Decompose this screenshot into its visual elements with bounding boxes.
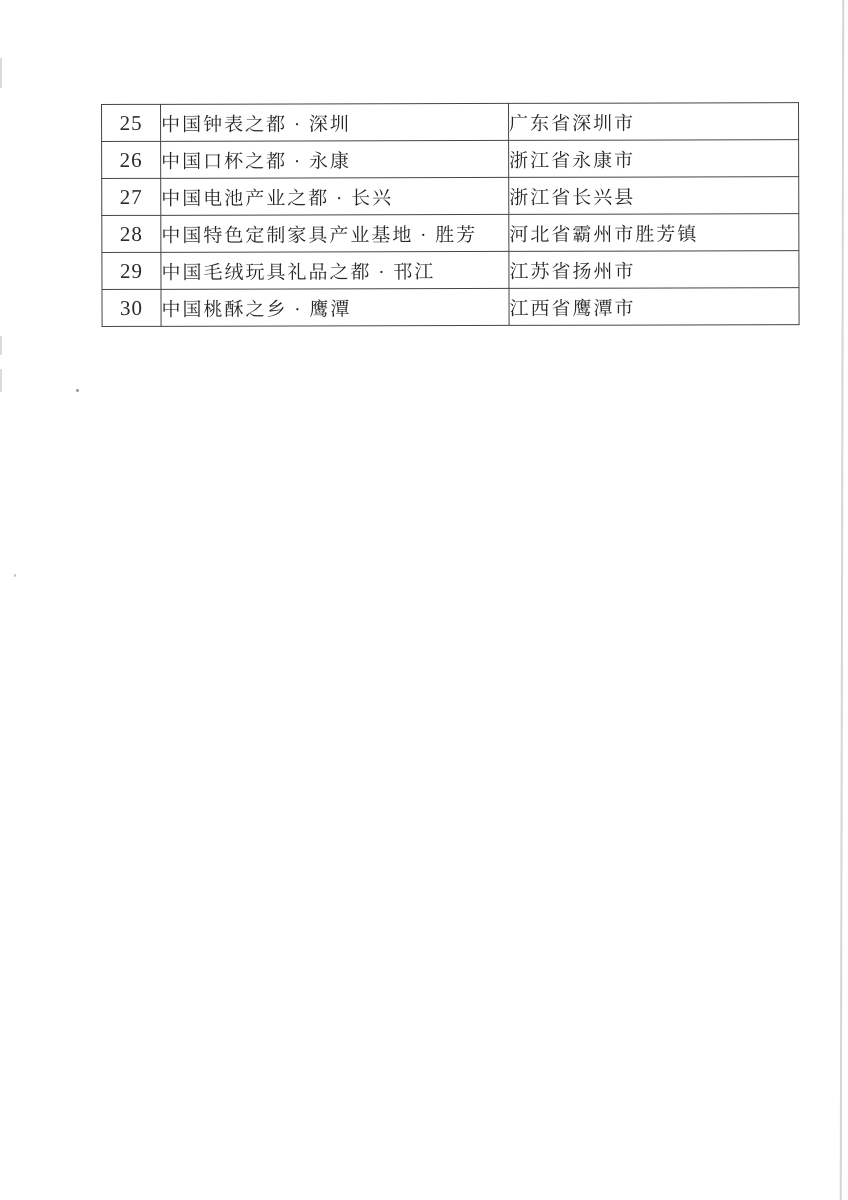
table-row: 28 中国特色定制家具产业基地 · 胜芳 河北省霸州市胜芳镇 [102,214,799,253]
scan-smudge-artifact [0,369,2,392]
scan-speck-artifact [76,389,79,392]
location-cell: 河北省霸州市胜芳镇 [509,214,799,252]
row-number-cell: 29 [102,252,161,289]
location-cell: 江西省鹰潭市 [509,288,799,326]
designation-title-cell: 中国桃酥之乡 · 鹰潭 [161,288,509,326]
location-cell: 浙江省永康市 [509,140,799,178]
designation-title-cell: 中国毛绒玩具礼品之都 · 邗江 [161,251,509,289]
row-number-cell: 27 [102,178,161,215]
table-row: 26 中国口杯之都 · 永康 浙江省永康市 [102,140,799,179]
location-cell: 广东省深圳市 [508,103,798,141]
row-number-cell: 30 [102,289,161,326]
designation-title-cell: 中国电池产业之都 · 长兴 [161,177,509,215]
row-number-cell: 28 [102,215,161,252]
table-row: 25 中国钟表之都 · 深圳 广东省深圳市 [102,103,799,142]
scan-speck-artifact [14,574,16,577]
location-cell: 浙江省长兴县 [509,177,799,215]
scanned-document-page: { "colors": { "paper": "#ffffff", "ink":… [0,0,848,1200]
city-designation-table: 25 中国钟表之都 · 深圳 广东省深圳市 26 中国口杯之都 · 永康 浙江省… [101,102,800,327]
designation-title-cell: 中国特色定制家具产业基地 · 胜芳 [161,214,509,252]
table-row: 29 中国毛绒玩具礼品之都 · 邗江 江苏省扬州市 [102,251,799,290]
table-row: 27 中国电池产业之都 · 长兴 浙江省长兴县 [102,177,799,216]
scan-smudge-artifact [0,58,2,88]
scan-smudge-artifact [0,336,2,355]
table-body: 25 中国钟表之都 · 深圳 广东省深圳市 26 中国口杯之都 · 永康 浙江省… [102,103,800,327]
row-number-cell: 26 [102,141,161,178]
scan-edge-artifact [840,0,845,1200]
table-row: 30 中国桃酥之乡 · 鹰潭 江西省鹰潭市 [102,288,799,327]
designation-title-cell: 中国口杯之都 · 永康 [161,140,509,178]
location-cell: 江苏省扬州市 [509,251,799,289]
document-page: 25 中国钟表之都 · 深圳 广东省深圳市 26 中国口杯之都 · 永康 浙江省… [0,0,848,1200]
row-number-cell: 25 [102,104,161,141]
designation-title-cell: 中国钟表之都 · 深圳 [161,103,509,141]
